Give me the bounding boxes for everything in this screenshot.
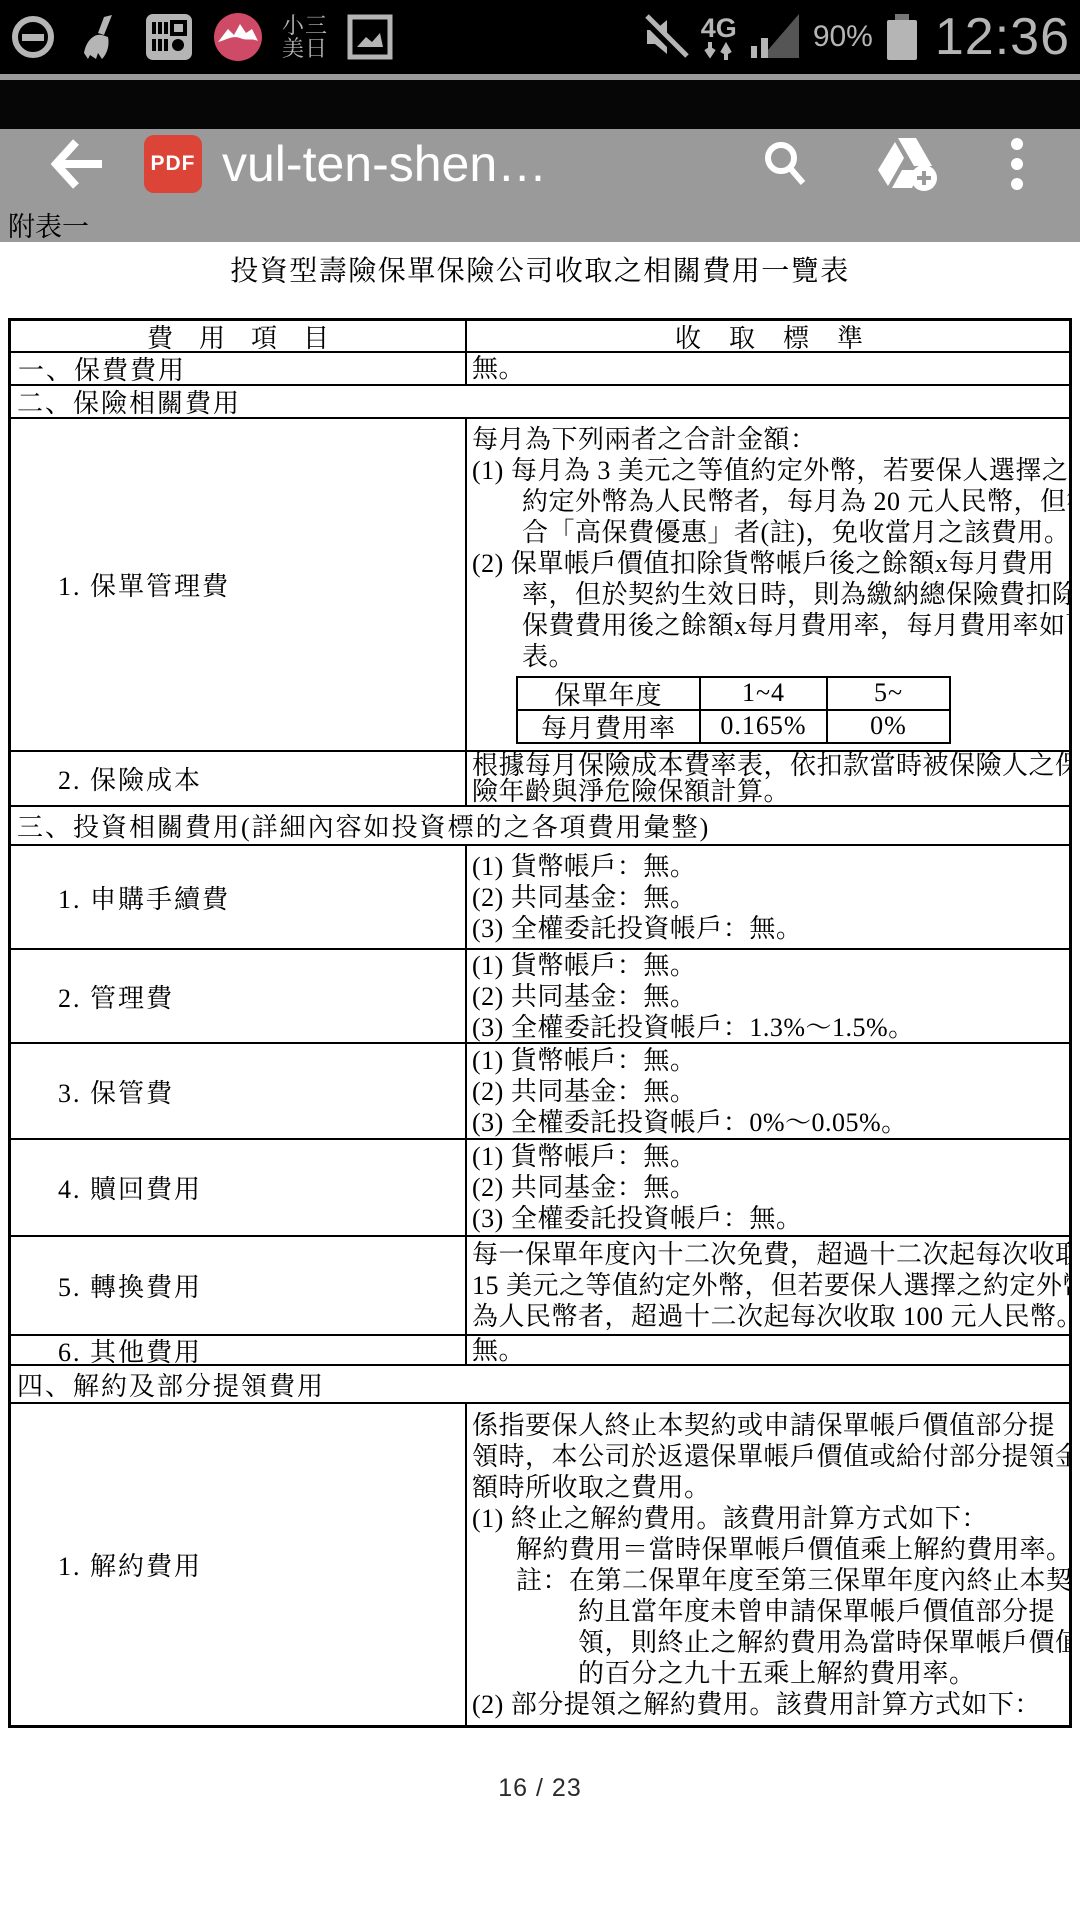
fee-standard-cell: 每一保單年度內十二次免費，超過十二次起每次收取15 美元之等值約定外幣，但若要保… bbox=[467, 1237, 1069, 1334]
fee-standard-line: 根據每月保險成本費率表，依扣款當時被保險人之保 bbox=[472, 753, 1067, 779]
fee-standard-line: (1) 貨幣帳戶：無。 bbox=[472, 851, 1067, 882]
fee-standard-line: 係指要保人終止本契約或申請保單帳戶價值部分提 bbox=[472, 1410, 1067, 1441]
fee-standard-line: 保費費用後之餘額x每月費用率，每月費用率如下 bbox=[472, 610, 1067, 641]
fee-standard-line: 解約費用＝當時保單帳戶價值乘上解約費用率。 bbox=[472, 1534, 1067, 1565]
section-label: 三、投資相關費用(詳細內容如投資標的之各項費用彙整) bbox=[11, 807, 1069, 844]
fee-standard-line: (1) 終止之解約費用。該費用計算方式如下： bbox=[472, 1503, 1067, 1534]
policy-year-rate-cell: 0.165% bbox=[699, 711, 826, 742]
fee-standard-header-cell: 收 取 標 準 bbox=[467, 321, 1069, 351]
overflow-menu-icon bbox=[1010, 136, 1024, 192]
table-row: 一、保費費用無。 bbox=[11, 353, 1069, 386]
fee-standard-line: (1) 貨幣帳戶：無。 bbox=[472, 1045, 1067, 1076]
fee-standard-line: (2) 共同基金：無。 bbox=[472, 1076, 1067, 1107]
fee-standard-line: 為人民幣者，超過十二次起每次收取 100 元人民幣。 bbox=[472, 1301, 1067, 1332]
table-section-row: 四、解約及部分提領費用 bbox=[11, 1366, 1069, 1404]
table-row: 4. 贖回費用(1) 貨幣帳戶：無。(2) 共同基金：無。(3) 全權委託投資帳… bbox=[11, 1140, 1069, 1237]
fee-item-cell: 1. 解約費用 bbox=[11, 1404, 467, 1725]
pdf-file-badge: PDF bbox=[144, 135, 202, 193]
add-to-drive-button[interactable] bbox=[876, 136, 938, 192]
fee-item-cell: 5. 轉換費用 bbox=[11, 1237, 467, 1334]
fee-standard-line: 率，但於契約生效日時，則為繳納總保險費扣除 bbox=[472, 579, 1067, 610]
table-row: 3. 保管費(1) 貨幣帳戶：無。(2) 共同基金：無。(3) 全權委託投資帳戶… bbox=[11, 1044, 1069, 1140]
fee-standard-cell: (1) 貨幣帳戶：無。(2) 共同基金：無。(3) 全權委託投資帳戶：0%～0.… bbox=[467, 1044, 1069, 1138]
fee-standard-cell: (1) 貨幣帳戶：無。(2) 共同基金：無。(3) 全權委託投資帳戶：無。 bbox=[467, 846, 1069, 948]
fee-item-label: 5. 轉換費用 bbox=[11, 1267, 202, 1304]
data-arrows-icon bbox=[702, 42, 736, 60]
fee-standard-line: 無。 bbox=[472, 1336, 1067, 1366]
fee-item-label: 2. 管理費 bbox=[11, 978, 174, 1015]
table-row: 6. 其他費用無。 bbox=[11, 1336, 1069, 1366]
fee-item-cell: 1. 保單管理費 bbox=[11, 419, 467, 750]
fee-item-label: 1. 保單管理費 bbox=[11, 566, 230, 603]
section-label: 二、保險相關費用 bbox=[11, 386, 1069, 417]
policy-year-rate-cell: 1~4 bbox=[699, 678, 826, 709]
fee-standard-line: 15 美元之等值約定外幣，但若要保人選擇之約定外幣 bbox=[472, 1270, 1067, 1301]
annex-label: 附表一 bbox=[8, 205, 89, 244]
fee-item-label: 6. 其他費用 bbox=[11, 1336, 202, 1366]
fee-item-label: 3. 保管費 bbox=[11, 1073, 174, 1110]
fee-item-header-cell: 費 用 項 目 bbox=[11, 321, 467, 351]
status-left-icons: 小三 美日 bbox=[10, 11, 394, 63]
policy-year-rate-cell: 0% bbox=[826, 711, 949, 742]
fee-standard-line: 領時，本公司於返還保單帳戶價值或給付部分提領金 bbox=[472, 1441, 1067, 1472]
fee-standard-line: (3) 全權委託投資帳戶：無。 bbox=[472, 1203, 1067, 1234]
table-row: 1. 申購手續費(1) 貨幣帳戶：無。(2) 共同基金：無。(3) 全權委託投資… bbox=[11, 846, 1069, 950]
document-table-title: 投資型壽險保單保險公司收取之相關費用一覽表 bbox=[0, 249, 1080, 289]
mountain-ball-icon bbox=[212, 11, 264, 63]
table-row: 5. 轉換費用每一保單年度內十二次免費，超過十二次起每次收取15 美元之等值約定… bbox=[11, 1237, 1069, 1336]
fee-standard-line: (3) 全權委託投資帳戶：無。 bbox=[472, 913, 1067, 944]
fee-table: 費 用 項 目收 取 標 準一、保費費用無。二、保險相關費用1. 保單管理費每月… bbox=[8, 318, 1072, 1728]
gallery-icon bbox=[346, 13, 394, 61]
status-right-icons: 4G 90% 12:36 bbox=[641, 7, 1070, 67]
do-not-disturb-icon bbox=[10, 14, 56, 60]
table-row: 1. 保單管理費每月為下列兩者之合計金額：(1) 每月為 3 美元之等值約定外幣… bbox=[11, 419, 1069, 752]
fee-standard-line: 合「高保費優惠」者(註)，免收當月之該費用。 bbox=[472, 517, 1067, 548]
table-section-row: 二、保險相關費用 bbox=[11, 386, 1069, 419]
back-arrow-icon[interactable] bbox=[50, 138, 106, 190]
network-4g-indicator: 4G bbox=[701, 15, 737, 60]
section-label: 四、解約及部分提領費用 bbox=[11, 1366, 1069, 1402]
overflow-menu-button[interactable] bbox=[1010, 136, 1024, 192]
table-row: 費 用 項 目收 取 標 準 bbox=[11, 321, 1069, 353]
fee-standard-line: (1) 每月為 3 美元之等值約定外幣，若要保人選擇之 bbox=[472, 455, 1067, 486]
fee-standard-line: (2) 共同基金：無。 bbox=[472, 1172, 1067, 1203]
fee-standard-cell: 係指要保人終止本契約或申請保單帳戶價值部分提領時，本公司於返還保單帳戶價值或給付… bbox=[467, 1404, 1069, 1725]
fee-item-cell: 一、保費費用 bbox=[11, 353, 467, 384]
fee-item-cell: 4. 贖回費用 bbox=[11, 1140, 467, 1235]
fee-standard-line: 約且當年度未曾申請保單帳戶價值部分提 bbox=[472, 1596, 1067, 1627]
policy-year-rate-cell: 每月費用率 bbox=[518, 711, 699, 742]
broom-icon bbox=[74, 13, 126, 61]
search-button[interactable] bbox=[760, 139, 810, 189]
fee-standard-line: 險年齡與淨危險保額計算。 bbox=[472, 779, 1067, 805]
fee-standard-cell: 根據每月保險成本費率表，依扣款當時被保險人之保險年齡與淨危險保額計算。 bbox=[467, 752, 1069, 805]
table-row: 1. 解約費用係指要保人終止本契約或申請保單帳戶價值部分提領時，本公司於返還保單… bbox=[11, 1404, 1069, 1725]
fee-item-label: 2. 保險成本 bbox=[11, 760, 202, 797]
fee-standard-cell: 無。 bbox=[467, 1336, 1069, 1364]
policy-year-rate-cell: 5~ bbox=[826, 678, 949, 709]
momo-app-icon bbox=[144, 12, 194, 62]
pdf-page-view[interactable]: 投資型壽險保單保險公司收取之相關費用一覽表 費 用 項 目收 取 標 準一、保費… bbox=[0, 242, 1080, 1920]
fee-item-cell: 2. 管理費 bbox=[11, 950, 467, 1042]
policy-year-rate-table: 保單年度1~45~每月費用率0.165%0% bbox=[516, 676, 951, 744]
fee-standard-line: (3) 全權委託投資帳戶：1.3%～1.5%。 bbox=[472, 1012, 1067, 1043]
fee-standard-cell: 無。 bbox=[467, 353, 1069, 384]
fee-item-cell: 3. 保管費 bbox=[11, 1044, 467, 1138]
fee-standard-line: 註：在第二保單年度至第三保單年度內終止本契 bbox=[472, 1565, 1067, 1596]
beauty-text-icon: 小三 美日 bbox=[282, 14, 328, 60]
top-gap bbox=[0, 80, 1080, 129]
fee-standard-cell: 每月為下列兩者之合計金額：(1) 每月為 3 美元之等值約定外幣，若要保人選擇之… bbox=[467, 419, 1069, 750]
fee-standard-line: 每一保單年度內十二次免費，超過十二次起每次收取 bbox=[472, 1239, 1067, 1270]
fee-standard-line: 領，則終止之解約費用為當時保單帳戶價值 bbox=[472, 1627, 1067, 1658]
fee-item-cell: 6. 其他費用 bbox=[11, 1336, 467, 1364]
mute-icon bbox=[641, 14, 689, 60]
fee-standard-line: (2) 部分提領之解約費用。該費用計算方式如下： bbox=[472, 1689, 1067, 1720]
fee-standard-cell: (1) 貨幣帳戶：無。(2) 共同基金：無。(3) 全權委託投資帳戶：無。 bbox=[467, 1140, 1069, 1235]
fee-standard-line: (1) 貨幣帳戶：無。 bbox=[472, 950, 1067, 981]
fee-standard-line: (3) 全權委託投資帳戶：0%～0.05%。 bbox=[472, 1107, 1067, 1138]
fee-item-cell: 1. 申購手續費 bbox=[11, 846, 467, 948]
policy-year-rate-row: 每月費用率0.165%0% bbox=[518, 709, 949, 742]
fee-standard-line: (2) 共同基金：無。 bbox=[472, 882, 1067, 913]
signal-icon bbox=[749, 14, 801, 60]
status-time: 12:36 bbox=[935, 7, 1070, 67]
fee-standard-cell: (1) 貨幣帳戶：無。(2) 共同基金：無。(3) 全權委託投資帳戶：1.3%～… bbox=[467, 950, 1069, 1042]
fee-item-label: 1. 申購手續費 bbox=[11, 879, 230, 916]
status-bar: 小三 美日 4G 90% 12:3 bbox=[0, 0, 1080, 74]
fee-standard-line: (2) 共同基金：無。 bbox=[472, 981, 1067, 1012]
fee-standard-line: 約定外幣為人民幣者，每月為 20 元人民幣，但符 bbox=[472, 486, 1067, 517]
policy-year-rate-cell: 保單年度 bbox=[518, 678, 699, 709]
table-row: 2. 管理費(1) 貨幣帳戶：無。(2) 共同基金：無。(3) 全權委託投資帳戶… bbox=[11, 950, 1069, 1044]
fee-item-label: 4. 贖回費用 bbox=[11, 1169, 202, 1206]
fee-standard-line: (1) 貨幣帳戶：無。 bbox=[472, 1141, 1067, 1172]
fee-item-cell: 2. 保險成本 bbox=[11, 752, 467, 805]
pdf-viewer-toolbar: PDF vul-ten-shen… 附表一 bbox=[0, 129, 1080, 242]
table-row: 2. 保險成本根據每月保險成本費率表，依扣款當時被保險人之保險年齡與淨危險保額計… bbox=[11, 752, 1069, 807]
pdf-badge-label: PDF bbox=[151, 152, 196, 176]
fee-item-label: 1. 解約費用 bbox=[11, 1546, 202, 1583]
fee-standard-line: 的百分之九十五乘上解約費用率。 bbox=[472, 1658, 1067, 1689]
fee-item-label: 一、保費費用 bbox=[11, 353, 186, 386]
policy-year-rate-row: 保單年度1~45~ bbox=[518, 678, 949, 709]
battery-percent: 90% bbox=[813, 20, 873, 54]
battery-icon bbox=[885, 12, 919, 62]
fee-standard-line: 表。 bbox=[472, 641, 1067, 672]
fee-standard-line: (2) 保單帳戶價值扣除貨幣帳戶後之餘額x每月費用 bbox=[472, 548, 1067, 579]
page-indicator: 16 / 23 bbox=[0, 1774, 1080, 1803]
document-filename: vul-ten-shen… bbox=[222, 135, 760, 193]
fee-standard-line: 每月為下列兩者之合計金額： bbox=[472, 424, 1067, 455]
drive-add-icon bbox=[876, 136, 938, 192]
search-icon bbox=[760, 139, 810, 189]
table-section-row: 三、投資相關費用(詳細內容如投資標的之各項費用彙整) bbox=[11, 807, 1069, 846]
fee-standard-line: 額時所收取之費用。 bbox=[472, 1472, 1067, 1503]
fee-standard-line: 無。 bbox=[472, 353, 1067, 384]
